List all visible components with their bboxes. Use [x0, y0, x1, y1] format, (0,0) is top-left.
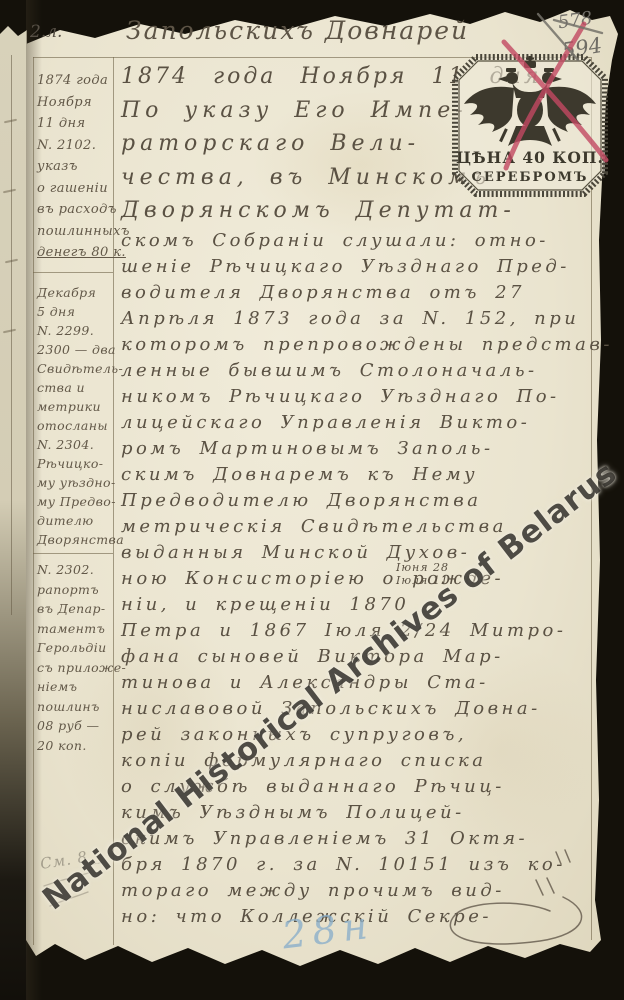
text-line: скимъ Довнаремъ къ Нему	[121, 462, 593, 488]
illegible-fragment	[3, 329, 16, 334]
margin-note-line: съ приложе-	[37, 658, 115, 678]
margin-note-line: Свидѣтель-	[37, 359, 115, 378]
scanned-document-page: 2.л. Запольскихъ Довнарей 578 594 1874 г…	[0, 0, 624, 1000]
page-title: Запольскихъ Довнарей	[126, 16, 469, 45]
margin-note-line: Дворянства	[37, 530, 115, 549]
margin-note-line: ства и	[37, 378, 115, 397]
text-line: водителя Дворянства отъ 27	[121, 280, 593, 306]
margin-note-line: въ расходъ	[37, 199, 115, 221]
margin-note-line: указъ	[37, 156, 115, 178]
margin-note-line: 20 коп.	[37, 736, 115, 756]
text-line: Петра и 1867 Іюля 2/24 Митро-	[121, 618, 593, 644]
margin-note-block-2: Декабря5 дняN. 2299.2300 — дваСвидѣтель-…	[37, 283, 115, 549]
margin-note-block-1: 1874 годаНоября11 дняN. 2102.указъо гаше…	[37, 70, 115, 264]
margin-separator-2	[33, 553, 113, 554]
text-line: скимъ Управленіемъ 31 Октя-	[121, 826, 593, 852]
margin-note-line: о гашеніи	[37, 178, 115, 200]
margin-note-line: 08 руб —	[37, 716, 115, 736]
text-line: тораго между прочимъ вид-	[121, 878, 593, 904]
margin-note-line: Декабря	[37, 283, 115, 302]
margin-note-line: ніемъ	[37, 677, 115, 697]
adjacent-page-edge	[0, 0, 27, 1000]
margin-note-line: Рѣчицко-	[37, 454, 115, 473]
margin-note-line: пошлинныхъ	[37, 221, 115, 243]
text-line: рей законныхъ супруговъ,	[121, 722, 593, 748]
text-line: Предводителю Дворянства	[121, 488, 593, 514]
margin-note-line: N. 2299.	[37, 321, 115, 340]
text-line: ниславовой Запольскихъ Довна-	[121, 696, 593, 722]
margin-note-line: му уѣздно-	[37, 473, 115, 492]
text-line: которомъ препровождены представ-	[121, 332, 593, 358]
text-line: Апрѣля 1873 года за N. 152, при	[121, 306, 593, 332]
margin-note-line: му Предво-	[37, 492, 115, 511]
text-line: никомъ Рѣчицкаго Уѣзднаго По-	[121, 384, 593, 410]
revenue-stamp: ЦѢНА 40 КОП. СЕРЕБРОМЪ	[452, 54, 608, 197]
margin-note-line: денегъ 80 к.	[37, 242, 115, 264]
ruling-line-left	[33, 57, 34, 945]
margin-note-line: 1874 года	[37, 70, 115, 92]
text-line: шеніе Рѣчицкаго Уѣзднаго Пред-	[121, 254, 593, 280]
margin-note-line: N. 2102.	[37, 135, 115, 157]
text-line: скомъ Собраніи слушали: отно-	[121, 228, 593, 254]
margin-note-line: рапортъ	[37, 580, 115, 600]
margin-note-line: метрики	[37, 397, 115, 416]
margin-note-line: N. 2302.	[37, 560, 115, 580]
margin-separator-1	[33, 272, 113, 273]
margin-note-line: пошлинъ	[37, 697, 115, 717]
margin-note-line: 2300 — два	[37, 340, 115, 359]
stamp-price-line2: СЕРЕБРОМЪ	[472, 170, 589, 185]
margin-note-line: 5 дня	[37, 302, 115, 321]
margin-note-block-3: N. 2302.рапортъвъ Депар-таментъГерольдіи…	[37, 560, 115, 755]
margin-note-line: въ Депар-	[37, 599, 115, 619]
margin-note-line: Герольдіи	[37, 638, 115, 658]
text-line: ною Консисторіею о рожде-	[121, 566, 593, 592]
margin-note-line: Ноября	[37, 92, 115, 114]
text-line: лицейскаго Управленія Викто-	[121, 410, 593, 436]
text-line: Дворянскомъ Депутат-	[121, 194, 593, 228]
text-line: бря 1870 г. за N. 10151 изъ ко-	[121, 852, 593, 878]
interlinear-date-above: Іюня 28	[396, 561, 449, 574]
text-line: ромъ Мартиновымъ Заполь-	[121, 436, 593, 462]
margin-note-line: таментъ	[37, 619, 115, 639]
margin-note-line: дителю	[37, 511, 115, 530]
margin-note-line: N. 2304.	[37, 435, 115, 454]
text-line: ніи, и крещеніи 1870	[121, 592, 593, 618]
text-line: ленные бывшимъ Столоначаль-	[121, 358, 593, 384]
margin-note-line: 11 дня	[37, 113, 115, 135]
margin-note-line: отосланы	[37, 416, 115, 435]
illegible-fragment	[3, 189, 16, 194]
adjacent-page-rule	[11, 55, 12, 615]
header-folio-mark: 2.л.	[30, 22, 62, 42]
stamp-price-line1: ЦѢНА 40 КОП.	[456, 148, 604, 167]
